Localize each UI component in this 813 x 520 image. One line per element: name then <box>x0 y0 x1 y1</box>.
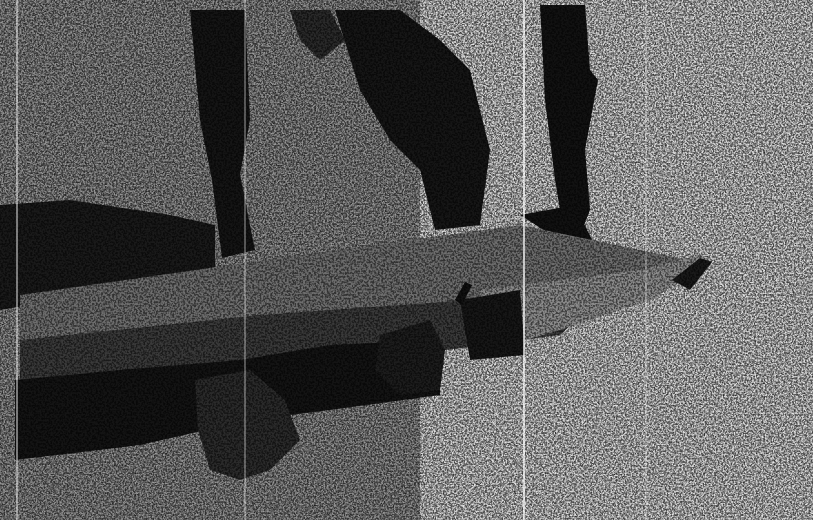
halftone-photograph: Legs of a person in dark trousers and bo… <box>0 0 813 520</box>
photo-canvas <box>0 0 813 520</box>
